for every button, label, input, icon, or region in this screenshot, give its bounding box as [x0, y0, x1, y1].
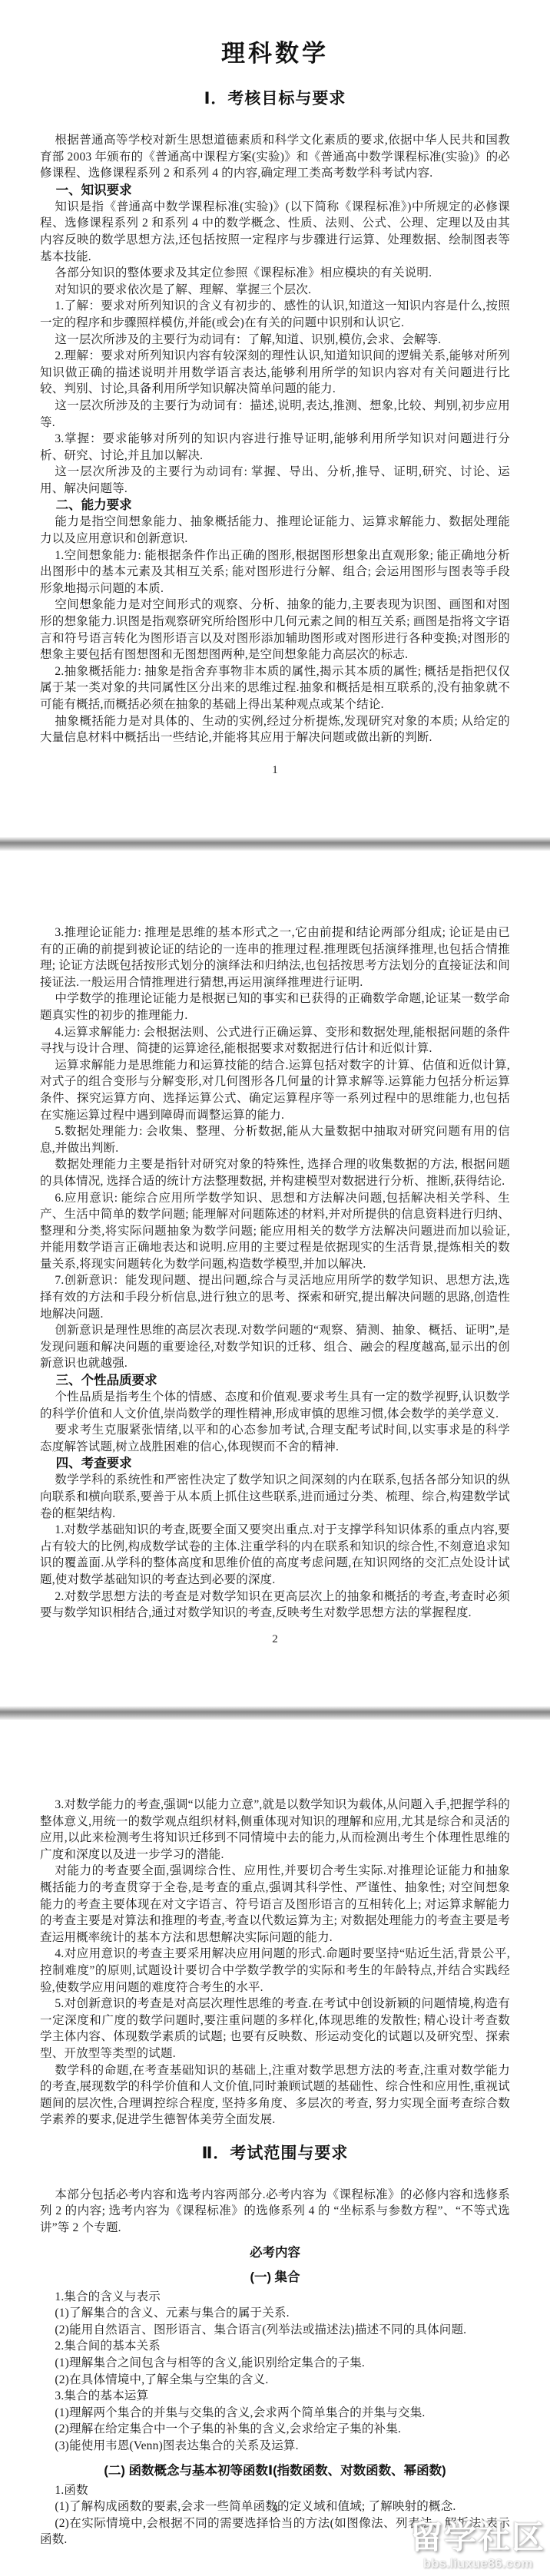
paragraph: 数学科的命题,在考查基础知识的基础上,注重对数学思想方法的考查,注重对数学能力的… — [40, 2062, 510, 2128]
page-number: 1 — [0, 764, 550, 777]
paragraph: 7.创新意识：能发现问题、提出问题,综合与灵活地应用所学的数学知识、思想方法,选… — [40, 1272, 510, 1322]
paragraph: 能力是指空间想象能力、抽象概括能力、推理论证能力、运算求解能力、数据处理能力以及… — [40, 514, 510, 547]
paragraph: 2.对数学思想方法的考查是对数学知识在更高层次上的抽象和概括的考查,考查时必须要… — [40, 1589, 510, 1622]
subsection-heading: 二、能力要求 — [40, 497, 510, 514]
paragraph: 个性品质是指考生个体的情感、态度和价值观.要求考生具有一定的数学视野,认识数学的… — [40, 1389, 510, 1422]
paragraph: 3.掌握：要求能够对所列的知识内容进行推导证明,能够利用所学知识对问题进行分析、… — [40, 431, 510, 464]
page-3: 3.对数学能力的考查,强调“以能力立意”,就是以数学知识为载体,从问题入手,把握… — [0, 1720, 550, 2576]
centered-heading: 必考内容 — [40, 2244, 510, 2261]
paragraph: 1.空间想象能力: 能根据条件作出正确的图形,根据图形想象出直观形象; 能正确地… — [40, 547, 510, 597]
list-item: (2)在具体情境中,了解全集与空集的含义. — [40, 2372, 510, 2389]
document-viewer: 理科数学Ⅰ．考核目标与要求根据普通高等学校对新生思想道德素质和科学文化素质的要求… — [0, 0, 550, 2576]
subsection-heading: 三、个性品质要求 — [40, 1372, 510, 1389]
paragraph: 抽象概括能力是对具体的、生动的实例,经过分析提炼,发现研究对象的本质; 从给定的… — [40, 713, 510, 746]
paragraph: 要求考生克服紧张情绪,以平和的心态参加考试,合理支配考试时间,以实事求是的科学态… — [40, 1422, 510, 1455]
paragraph: 对能力的考查要全面,强调综合性、应用性,并要切合考生实际.对推理论证能力和抽象概… — [40, 1863, 510, 1946]
centered-heading: (二) 函数概念与基本初等函数Ⅰ(指数函数、对数函数、幂函数) — [40, 2462, 510, 2479]
page-number: 2 — [0, 1633, 550, 1646]
page-separator — [0, 837, 550, 851]
page-3-content: 3.对数学能力的考查,强调“以能力立意”,就是以数学知识为载体,从问题入手,把握… — [0, 1720, 550, 2548]
page-2-content: 3.推理论证能力: 推理是思维的基本形式之一,它由前提和结论两部分组成; 论证是… — [0, 851, 550, 1622]
paragraph: 数学学科的系统性和严密性决定了数学知识之间深刻的内在联系,包括各部分知识的纵向联… — [40, 1472, 510, 1522]
document-title: 理科数学 — [40, 38, 510, 69]
paragraph: 这一层次所涉及的主要行为动词有：描述,说明,表达,推测、想象,比较、判别,初步应… — [40, 398, 510, 431]
watermark-logo-text: 留学社区 — [410, 2520, 545, 2555]
page-1: 理科数学Ⅰ．考核目标与要求根据普通高等学校对新生思想道德素质和科学文化素质的要求… — [0, 0, 550, 837]
list-item: 3.集合的基本运算 — [40, 2388, 510, 2405]
paragraph: 1.对数学基础知识的考查,既要全面又要突出重点.对于支撑学科知识体系的重点内容,… — [40, 1522, 510, 1588]
paragraph: 3.推理论证能力: 推理是思维的基本形式之一,它由前提和结论两部分组成; 论证是… — [40, 924, 510, 990]
paragraph: 4.运算求解能力: 会根据法则、公式进行正确运算、变形和数据处理,能根据问题的条… — [40, 1024, 510, 1057]
section-heading: Ⅱ．考试范围与要求 — [40, 2144, 510, 2164]
paragraph: 对知识的要求依次是了解、理解、掌握三个层次. — [40, 282, 510, 299]
paragraph: 这一层次所涉及的主要行为动词有: 掌握、导出、分析,推导、证明,研究、讨论、运用… — [40, 464, 510, 497]
paragraph: 空间想象能力是对空间形式的观察、分析、抽象的能力,主要表现为识图、画图和对图形的… — [40, 597, 510, 663]
paragraph: 3.对数学能力的考查,强调“以能力立意”,就是以数学知识为载体,从问题入手,把握… — [40, 1797, 510, 1863]
paragraph: 本部分包括必考内容和选考内容两部分.必考内容为《课程标准》的必修内容和选修系列 … — [40, 2187, 510, 2237]
paragraph: 5.数据处理能力: 会收集、整理、分析数据,能从大量数据中抽取对研究问题有用的信… — [40, 1123, 510, 1156]
watermark: 留学社区 bbs.liuxue86.com — [410, 2520, 545, 2571]
paragraph: 数据处理能力主要是指针对研究对象的特殊性, 选择合理的收集数据的方法, 根据问题… — [40, 1156, 510, 1189]
paragraph: 中学数学的推理论证能力是根据已知的事实和已获得的正确数学命题,论证某一数学命题真… — [40, 990, 510, 1023]
list-item: (2)理解在给定集合中一个子集的补集的含义,会求给定子集的补集. — [40, 2421, 510, 2438]
page-number: 3 — [0, 2503, 550, 2516]
paragraph: 2.抽象概括能力: 抽象是指舍弃事物非本质的属性,揭示其本质的属性; 概括是指把… — [40, 663, 510, 713]
paragraph: 5.对创新意识的考查是对高层次理性思维的考查.在考试中创设新颖的问题情境,构造有… — [40, 1996, 510, 2062]
centered-heading: (一) 集合 — [40, 2269, 510, 2286]
subsection-heading: 一、知识要求 — [40, 182, 510, 199]
list-item: 1.函数 — [40, 2482, 510, 2499]
list-item: 2.集合间的基本关系 — [40, 2338, 510, 2355]
section-heading: Ⅰ．考核目标与要求 — [40, 89, 510, 109]
paragraph: 4.对应用意识的考查主要采用解决应用问题的形式.命题时要坚持“贴近生活,背景公平… — [40, 1946, 510, 1996]
paragraph: 6.应用意识: 能综合应用所学数学知识、思想和方法解决问题,包括解决相关学科、生… — [40, 1190, 510, 1273]
paragraph: 1.了解：要求对所列知识的含义有初步的、感性的认识,知道这一知识内容是什么,按照… — [40, 298, 510, 331]
paragraph: 这一层次所涉及的主要行为动词有：了解,知道、识别,模仿,会求、会解等. — [40, 332, 510, 349]
list-item: (1)了解集合的含义、元素与集合的属于关系. — [40, 2305, 510, 2322]
list-item: (1)理解集合之间包含与相等的含义,能识别给定集合的子集. — [40, 2355, 510, 2372]
list-item: (1)理解两个集合的并集与交集的含义,会求两个简单集合的并集与交集. — [40, 2405, 510, 2422]
paragraph: 根据普通高等学校对新生思想道德素质和科学文化素质的要求,依据中华人民共和国教育部… — [40, 132, 510, 182]
page-2: 3.推理论证能力: 推理是思维的基本形式之一,它由前提和结论两部分组成; 论证是… — [0, 851, 550, 1706]
paragraph: 2.理解：要求对所列知识内容有较深刻的理性认识,知道知识间的逻辑关系,能够对所列… — [40, 348, 510, 398]
paragraph: 各部分知识的整体要求及其定位参照《课程标准》相应模块的有关说明. — [40, 265, 510, 282]
paragraph: 运算求解能力是思维能力和运算技能的结合.运算包括对数字的计算、估值和近似计算,对… — [40, 1057, 510, 1123]
list-item: (2)能用自然语言、图形语言、集合语言(列举法或描述法)描述不同的具体问题. — [40, 2322, 510, 2339]
subsection-heading: 四、考查要求 — [40, 1455, 510, 1472]
paragraph: 创新意识是理性思维的高层次表现.对数学问题的“观察、猜测、抽象、概括、证明”,是… — [40, 1322, 510, 1372]
paragraph: 知识是指《普通高中数学课程标准(实验)》(以下简称《课程标准》)中所规定的必修课… — [40, 199, 510, 265]
page-separator — [0, 1706, 550, 1720]
list-item: (3)能使用韦恩(Venn)图表达集合的关系及运算. — [40, 2438, 510, 2455]
list-item: 1.集合的含义与表示 — [40, 2289, 510, 2306]
watermark-url: bbs.liuxue86.com — [410, 2557, 545, 2571]
page-1-content: 理科数学Ⅰ．考核目标与要求根据普通高等学校对新生思想道德素质和科学文化素质的要求… — [0, 0, 550, 746]
